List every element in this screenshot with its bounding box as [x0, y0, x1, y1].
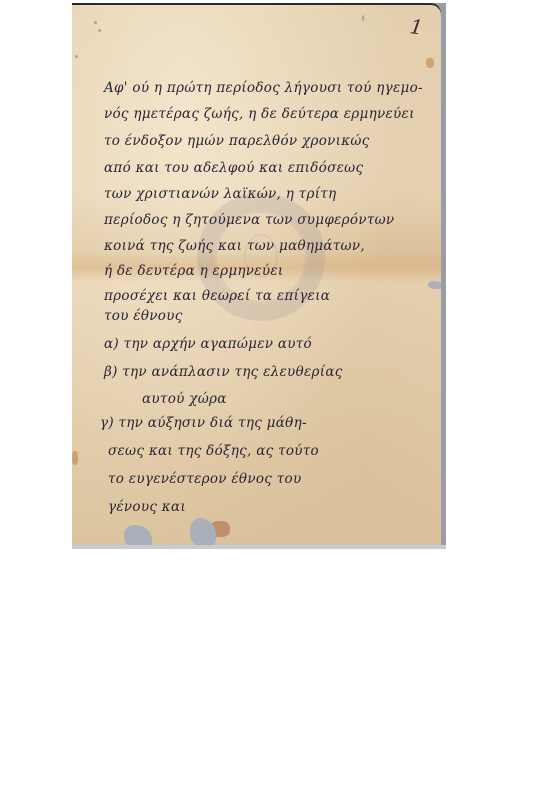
text-line: κοινά της ζωής και των μαθημάτων,: [104, 238, 365, 254]
text-line: από και του αδελφού και επιδόσεως: [104, 160, 363, 176]
text-line: νός ημετέρας ζωής, η δε δεύτερα ερμηνεύε…: [104, 106, 415, 122]
text-line: των χριστιανών λαϊκών, η τρίτη: [104, 186, 336, 202]
list-item-b: β) την ανάπλασιν της ελευθερίας: [104, 364, 343, 380]
scanned-page-frame: 1 Αφ' ού η πρώτη περίοδος λήγουσι τού ηγ…: [72, 3, 446, 549]
paper-speck: [75, 55, 78, 58]
page-number: 1: [409, 14, 425, 40]
paper-speck: [94, 21, 97, 24]
text-line: περίοδος η ζητούμενα των συμφερόντων: [104, 212, 394, 228]
scan-bottom-edge: [72, 545, 446, 549]
text-line: γένους και: [108, 499, 186, 515]
text-line: του έθνους: [104, 308, 183, 324]
paper-speck: [362, 15, 364, 21]
text-line: σεως και της δόξης, ας τούτο: [108, 443, 319, 459]
text-line: αυτού χώρα: [142, 391, 227, 407]
text-line: προσέχει και θεωρεί τα επίγεια: [104, 288, 330, 304]
text-line: ή δε δευτέρα η ερμηνεύει: [104, 263, 284, 279]
list-item-a: α) την αρχήν αγαπώμεν αυτό: [104, 336, 312, 352]
paper-tear: [428, 281, 441, 289]
text-line: το ένδοξον ημών παρελθόν χρονικώς: [104, 133, 370, 149]
manuscript-paper: 1 Αφ' ού η πρώτη περίοδος λήγουσι τού ηγ…: [72, 3, 441, 545]
edge-stain: [72, 451, 78, 465]
edge-stain: [426, 58, 434, 68]
list-item-c: γ) την αύξησιν διά της μάθη-: [100, 415, 307, 431]
text-line: το ευγενέστερον έθνος του: [108, 471, 301, 487]
paper-speck: [98, 29, 101, 32]
paper-tear: [124, 525, 152, 545]
text-line: Αφ' ού η πρώτη περίοδος λήγουσι τού ηγεμ…: [104, 80, 423, 96]
